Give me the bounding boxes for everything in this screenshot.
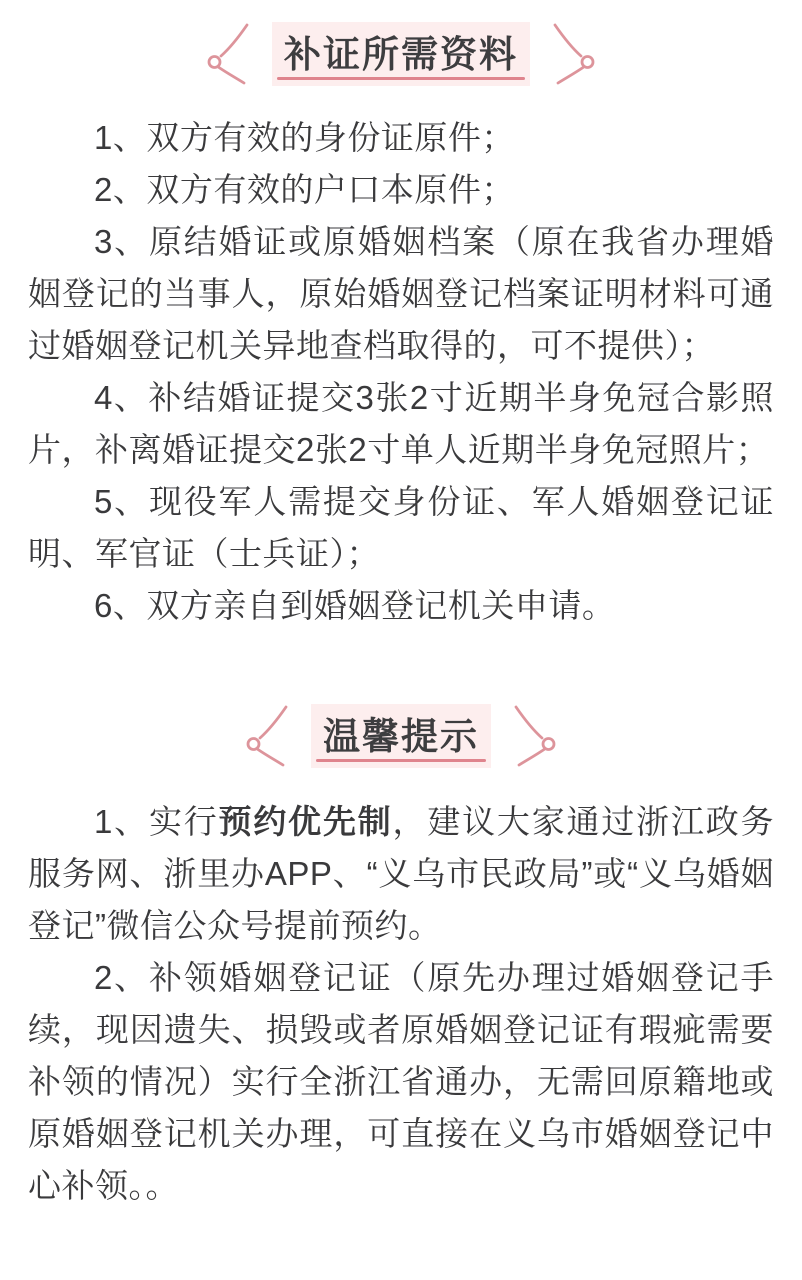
ribbon-flourish-right-icon [504,705,560,767]
section2-header: 温馨提示 [28,704,774,768]
list-item: 5、现役军人需提交身份证、军人婚姻登记证明、军官证（士兵证）； [28,476,774,580]
list-item: 1、双方有效的身份证原件； [28,112,774,164]
ribbon-flourish-right-icon [543,23,599,85]
list-item: 2、双方有效的户口本原件； [28,164,774,216]
article-page: 补证所需资料 1、双方有效的身份证原件； 2、双方有效的户口本原件； 3、原结婚… [0,0,802,1280]
ribbon-flourish-left-icon [242,705,298,767]
tip-paragraph: 1、实行预约优先制，建议大家通过浙江政务服务网、浙里办APP、“义乌市民政局”或… [28,796,774,952]
section1-title: 补证所需资料 [284,24,518,84]
tip-paragraph: 2、补领婚姻登记证（原先办理过婚姻登记手续，现因遗失、损毁或者原婚姻登记证有瑕疵… [28,952,774,1212]
section1-title-box: 补证所需资料 [272,22,530,86]
section1-item-list: 1、双方有效的身份证原件； 2、双方有效的户口本原件； 3、原结婚证或原婚姻档案… [28,112,774,632]
list-item: 6、双方亲自到婚姻登记机关申请。 [28,580,774,632]
list-item: 3、原结婚证或原婚姻档案（原在我省办理婚姻登记的当事人，原始婚姻登记档案证明材料… [28,216,774,372]
section2-title-underline [316,759,486,762]
section2-title-box: 温馨提示 [311,704,491,768]
ribbon-flourish-left-icon [203,23,259,85]
section1-header: 补证所需资料 [28,22,774,86]
section2-title: 温馨提示 [323,706,479,766]
section1-title-underline [277,77,525,80]
section2-tip-list: 1、实行预约优先制，建议大家通过浙江政务服务网、浙里办APP、“义乌市民政局”或… [28,796,774,1212]
list-item: 4、补结婚证提交3张2寸近期半身免冠合影照片，补离婚证提交2张2寸单人近期半身免… [28,372,774,476]
